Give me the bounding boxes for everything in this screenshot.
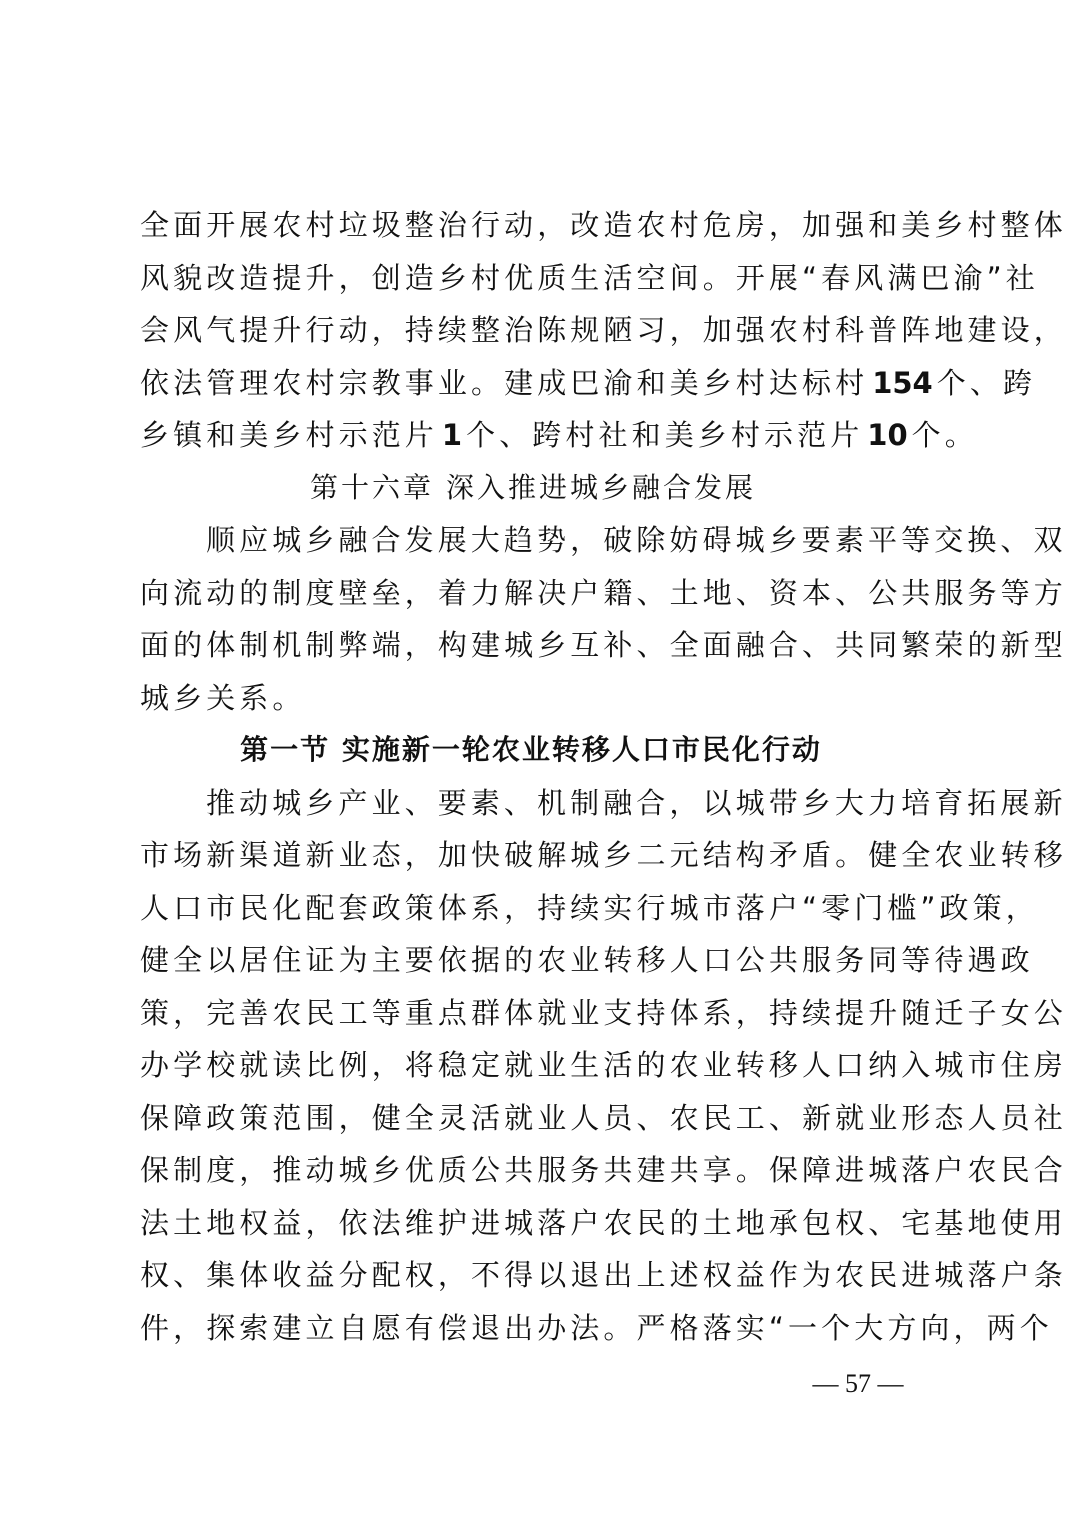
text-line: 顺应城乡融合发展大趋势，破除妨碍城乡要素平等交换、双 [140, 514, 936, 567]
paragraph-2: 顺应城乡融合发展大趋势，破除妨碍城乡要素平等交换、双 向流动的制度壁垒，着力解决… [140, 514, 936, 724]
text-line: 健全以居住证为主要依据的农业转移人口公共服务同等待遇政 [140, 934, 936, 987]
chapter-heading: 第十六章 深入推进城乡融合发展 [140, 462, 936, 515]
page-number: — 57 — [808, 1368, 908, 1400]
text-line: 会风气提升行动，持续整治陈规陋习，加强农村科普阵地建设， [140, 304, 936, 357]
paragraph-3: 推动城乡产业、要素、机制融合，以城带乡大力培育拓展新 市场新渠道新业态，加快破解… [140, 777, 936, 1355]
text-line: 推动城乡产业、要素、机制融合，以城带乡大力培育拓展新 [140, 777, 936, 830]
text-line: 权、集体收益分配权，不得以退出上述权益作为农民进城落户条 [140, 1249, 936, 1302]
text-segment: 个。 [912, 418, 978, 452]
text-segment: 乡镇和美乡村示范片 [140, 418, 438, 452]
number-value: 1 [438, 418, 466, 452]
text-line: 市场新渠道新业态，加快破解城乡二元结构矛盾。健全农业转移 [140, 829, 936, 882]
text-segment: 个、跨村社和美乡村示范片 [466, 418, 863, 452]
text-line: 全面开展农村垃圾整治行动，改造农村危房，加强和美乡村整体 [140, 199, 936, 252]
text-line: 办学校就读比例，将稳定就业生活的农业转移人口纳入城市住房 [140, 1039, 936, 1092]
text-line: 依法管理农村宗教事业。建成巴渝和美乡村达标村154个、跨 [140, 357, 936, 410]
text-line: 风貌改造提升，创造乡村优质生活空间。开展“春风满巴渝”社 [140, 252, 936, 305]
text-line: 人口市民化配套政策体系，持续实行城市落户“零门槛”政策， [140, 882, 936, 935]
section-heading: 第一节 实施新一轮农业转移人口市民化行动 [140, 724, 936, 777]
text-segment: 个、跨 [937, 366, 1036, 400]
document-page: 全面开展农村垃圾整治行动，改造农村危房，加强和美乡村整体 风貌改造提升，创造乡村… [140, 199, 936, 1354]
text-line: 面的体制机制弊端，构建城乡互补、全面融合、共同繁荣的新型 [140, 619, 936, 672]
text-segment: 依法管理农村宗教事业。建成巴渝和美乡村达标村 [140, 366, 868, 400]
number-value: 154 [868, 366, 937, 400]
paragraph-1: 全面开展农村垃圾整治行动，改造农村危房，加强和美乡村整体 风貌改造提升，创造乡村… [140, 199, 936, 462]
text-line: 件，探索建立自愿有偿退出办法。严格落实“一个大方向，两个 [140, 1302, 936, 1355]
number-value: 10 [863, 418, 911, 452]
text-line: 法土地权益，依法维护进城落户农民的土地承包权、宅基地使用 [140, 1197, 936, 1250]
text-line: 策，完善农民工等重点群体就业支持体系，持续提升随迁子女公 [140, 987, 936, 1040]
text-line: 城乡关系。 [140, 672, 936, 725]
text-line: 向流动的制度壁垒，着力解决户籍、土地、资本、公共服务等方 [140, 567, 936, 620]
text-line: 保制度，推动城乡优质公共服务共建共享。保障进城落户农民合 [140, 1144, 936, 1197]
text-line: 乡镇和美乡村示范片1个、跨村社和美乡村示范片10个。 [140, 409, 936, 462]
text-line: 保障政策范围，健全灵活就业人员、农民工、新就业形态人员社 [140, 1092, 936, 1145]
